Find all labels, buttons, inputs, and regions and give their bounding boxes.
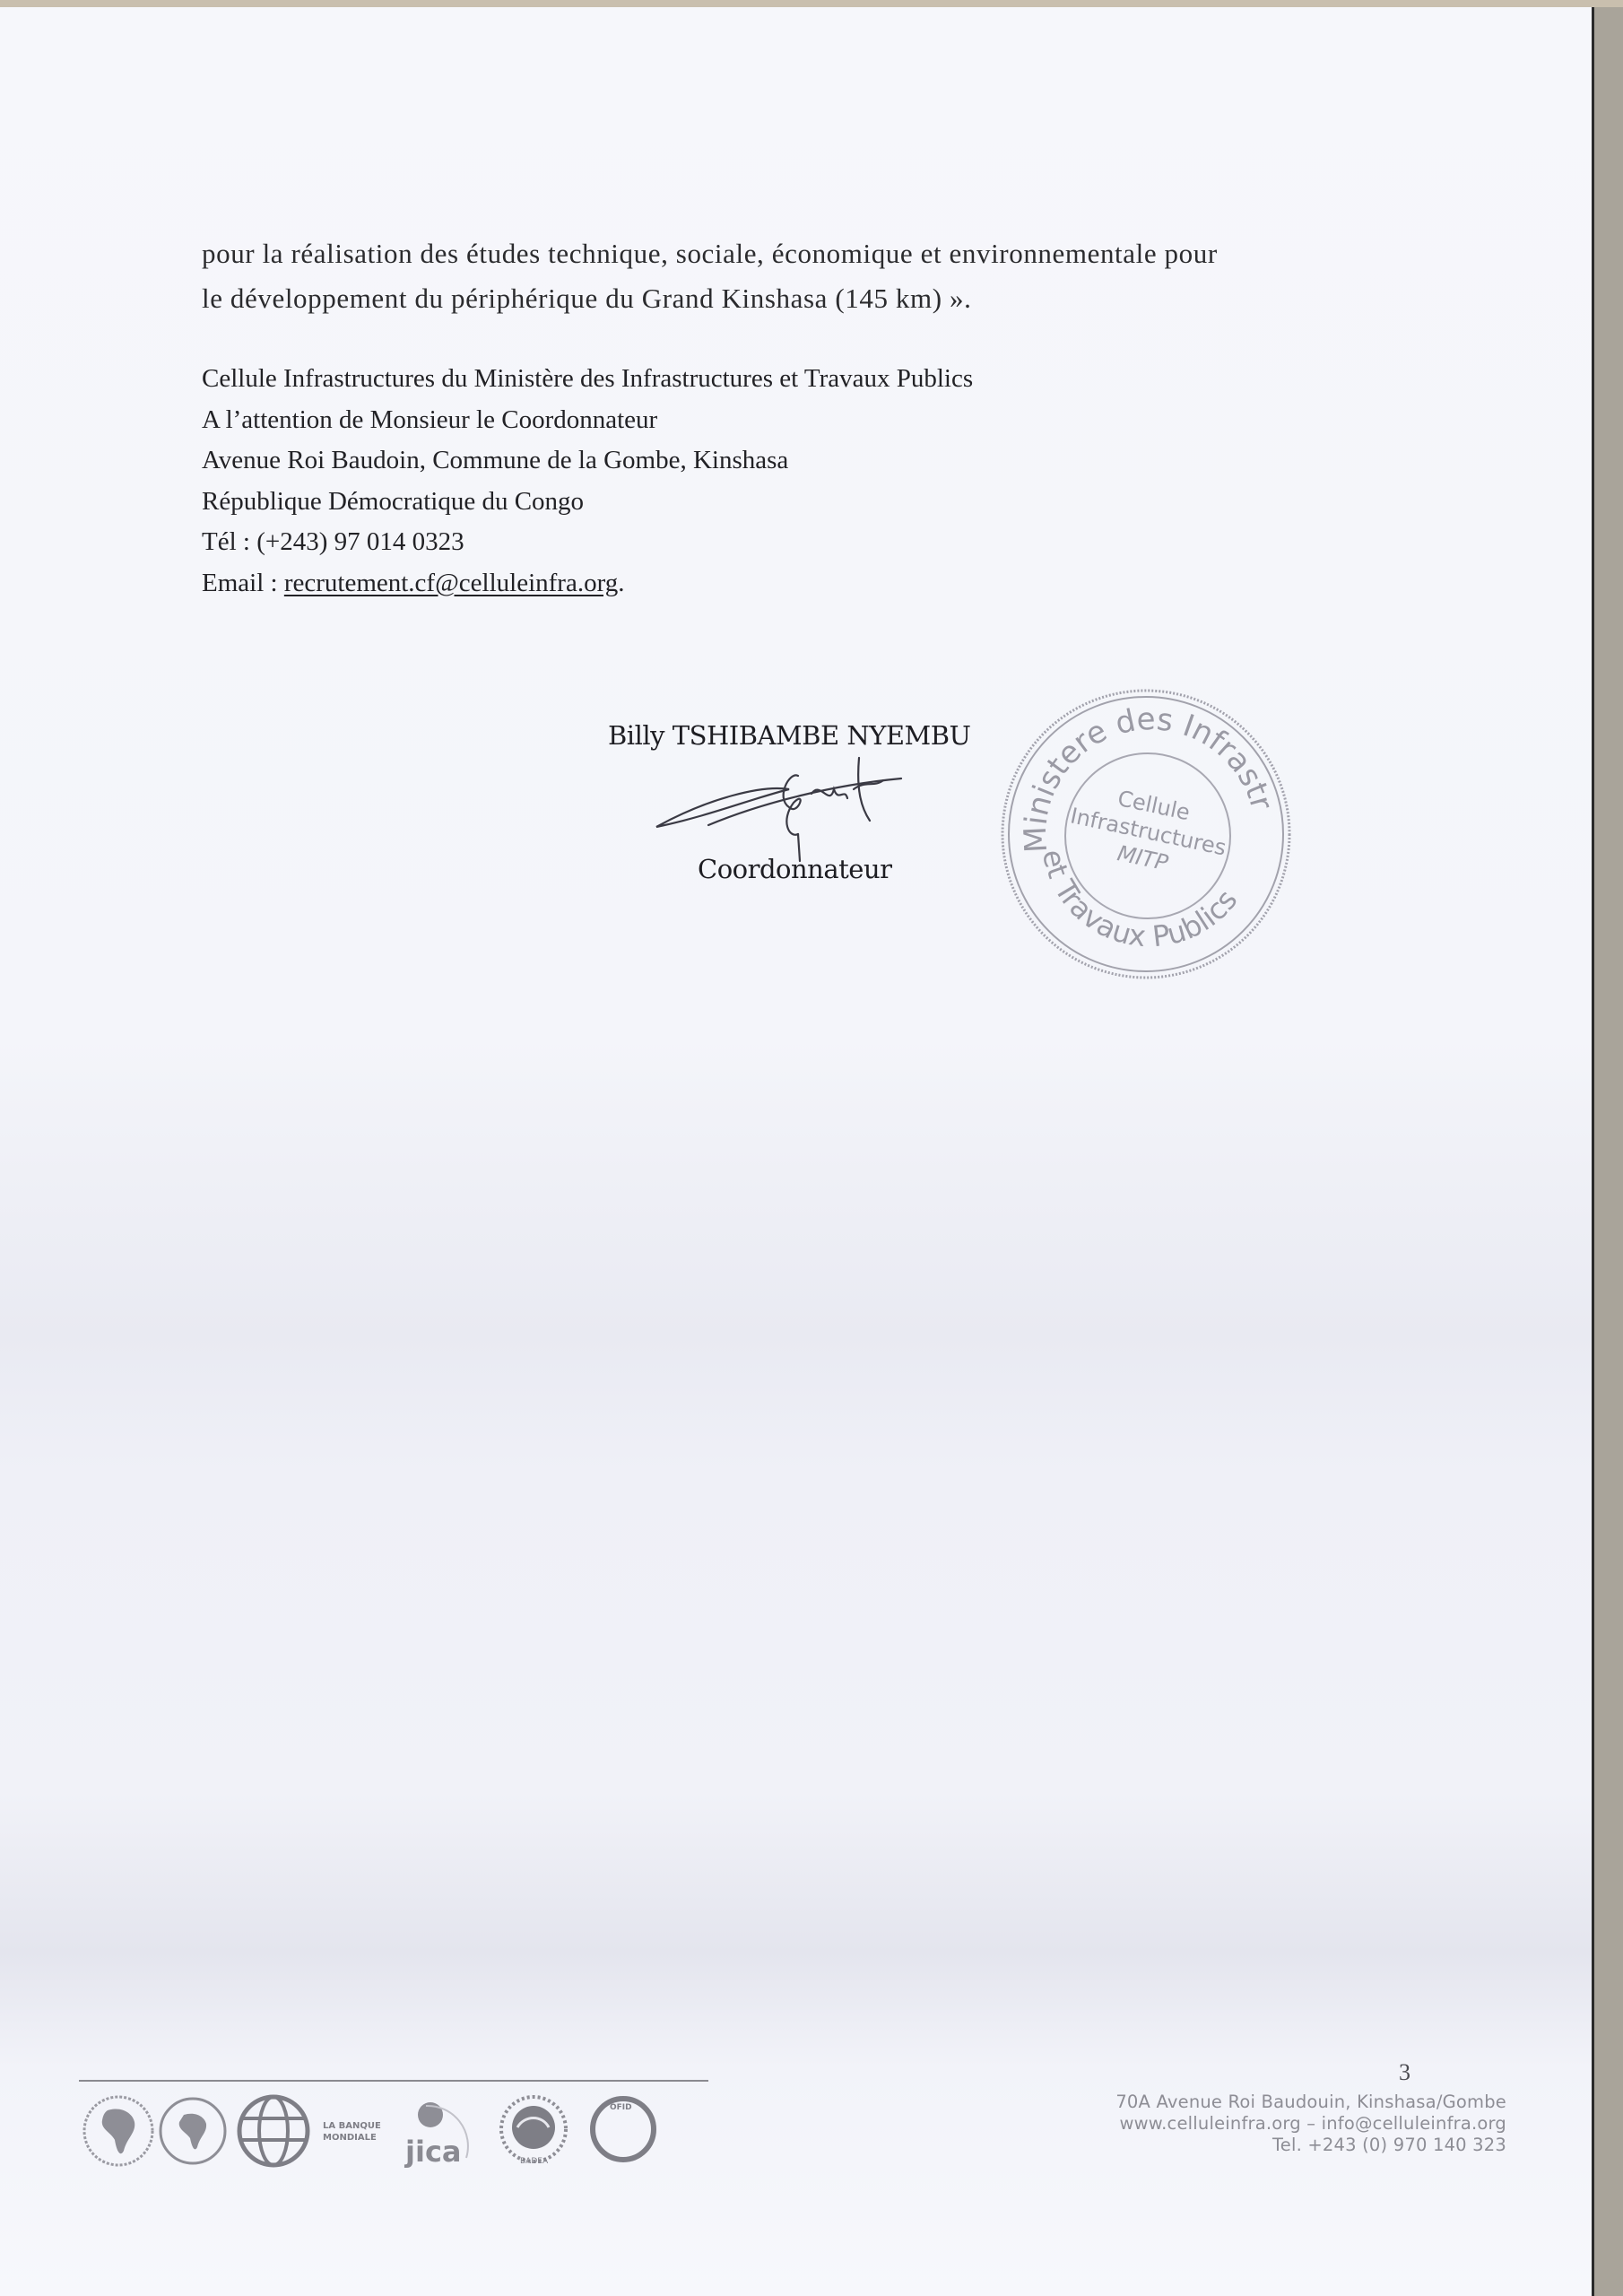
recipient-address-block: Cellule Infrastructures du Ministère des…: [202, 359, 973, 604]
intro-line-1: pour la réalisation des études technique…: [202, 231, 1457, 276]
footer-phone: Tel. +243 (0) 970 140 323: [1115, 2135, 1506, 2156]
afdb-logo-icon: [84, 2097, 152, 2165]
address-line-email: Email : recrutement.cf@celluleinfra.org.: [202, 563, 973, 604]
page-number: 3: [1399, 2059, 1417, 2086]
ofid-logo-icon: OFID: [593, 2099, 654, 2160]
footer-address: 70A Avenue Roi Baudouin, Kinshasa/Gombe: [1115, 2092, 1506, 2113]
intro-paragraph: pour la réalisation des études technique…: [202, 231, 1457, 321]
footer-contact-block: 70A Avenue Roi Baudouin, Kinshasa/Gombe …: [1115, 2092, 1506, 2156]
badea-logo-icon: BADEA: [501, 2097, 566, 2166]
svg-text:LA BANQUE: LA BANQUE: [323, 2121, 381, 2131]
partner-logos: LA BANQUE MONDIALE jica BADEA OFID: [81, 2088, 708, 2169]
jica-logo-icon: jica: [404, 2102, 468, 2169]
intro-line-2: le développement du périphérique du Gran…: [202, 276, 1457, 321]
email-label: Email :: [202, 569, 284, 597]
svg-text:MONDIALE: MONDIALE: [323, 2133, 377, 2143]
svg-text:BADEA: BADEA: [520, 2157, 549, 2166]
address-line-country: République Démocratique du Congo: [202, 482, 973, 523]
document-page: [0, 7, 1594, 2296]
svg-text:OFID: OFID: [610, 2103, 632, 2112]
address-line-street: Avenue Roi Baudoin, Commune de la Gombe,…: [202, 440, 973, 482]
email-link[interactable]: recrutement.cf@celluleinfra.org: [284, 569, 618, 597]
svg-text:jica: jica: [404, 2135, 462, 2169]
world-bank-logo-icon: [239, 2097, 308, 2165]
african-fund-logo-icon: [161, 2099, 225, 2163]
address-line-phone: Tél : (+243) 97 014 0323: [202, 522, 973, 563]
scan-background-top: [0, 0, 1623, 7]
signatory-title: Coordonnateur: [698, 854, 892, 884]
official-stamp: Ministere des Infrastructures et Travaux…: [994, 682, 1298, 987]
address-line-attention: A l’attention de Monsieur le Coordonnate…: [202, 400, 973, 441]
address-line-org: Cellule Infrastructures du Ministère des…: [202, 359, 973, 400]
signatory-name: Billy TSHIBAMBE NYEMBU: [608, 720, 970, 751]
footer-divider: [79, 2080, 708, 2082]
footer-web-email[interactable]: www.celluleinfra.org – info@celluleinfra…: [1115, 2113, 1506, 2135]
email-suffix: .: [618, 569, 624, 597]
